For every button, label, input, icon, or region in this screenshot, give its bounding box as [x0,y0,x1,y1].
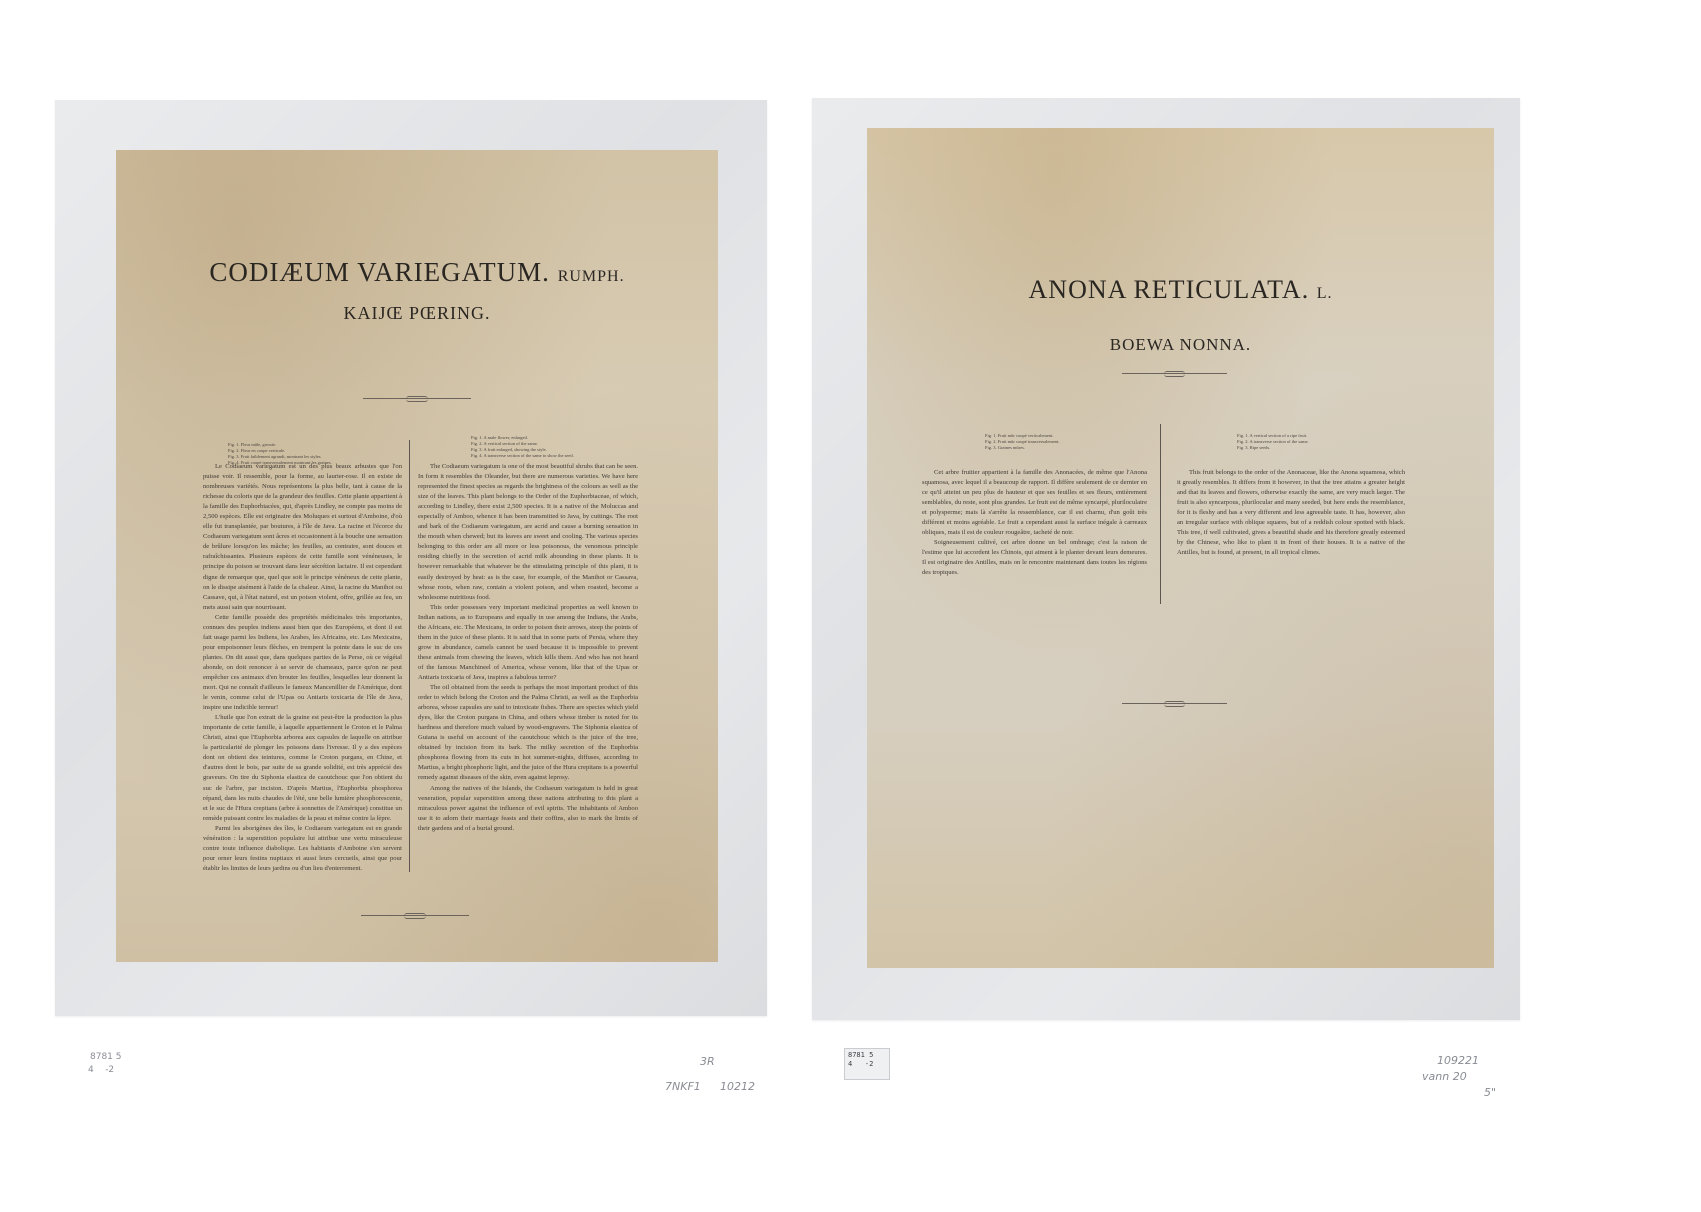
left-print-sheet: CODIÆUM VARIEGATUM. RUMPH. KAIJŒ PŒRING.… [116,150,718,962]
right-pencil-note-3: 5" [1484,1086,1496,1099]
left-pencil-note-1: 3R [700,1055,715,1068]
right-pencil-note-2: vann 20 [1422,1070,1467,1083]
right-print-title-line: ANONA RETICULATA. L. [867,275,1494,305]
left-pencil-note-2: 7NKF1 [665,1080,701,1093]
left-bottom-ornament [361,915,469,916]
right-print-title: ANONA RETICULATA. [1029,275,1310,304]
left-inventory-label-line2: 4 -2 [88,1065,114,1075]
left-text-french-column: Le Codiaeum variegatum est un des plus b… [203,462,402,887]
right-column-divider [1160,424,1161,604]
right-figure-captions-english: Fig. 1. A vertical section of a ripe fru… [1237,433,1309,451]
right-text-english-column: This fruit belongs to the order of the A… [1177,468,1405,598]
left-figure-captions-english: Fig. 1. A male flower, enlarged. Fig. 2.… [471,435,574,459]
right-bottom-ornament [1122,703,1227,704]
left-print-subtitle: KAIJŒ PŒRING. [116,303,718,324]
right-inventory-label: 8781 5 4 -2 [844,1048,890,1080]
left-pencil-note-3: 10212 [720,1080,755,1093]
left-print-title-line: CODIÆUM VARIEGATUM. RUMPH. [116,257,718,288]
right-title-ornament [1122,373,1227,374]
left-inventory-label-line1: 8781 5 [90,1052,122,1062]
left-print-title: CODIÆUM VARIEGATUM. [209,257,550,287]
left-title-ornament [363,398,471,399]
right-mat-board: ANONA RETICULATA. L. BOEWA NONNA. Fig. 1… [812,98,1520,1020]
right-print-author: L. [1317,285,1333,302]
left-print-author: RUMPH. [558,268,625,285]
right-figure-captions-french: Fig. 1. Fruit mûr coupé verticalement. F… [985,433,1060,451]
right-print-subtitle: BOEWA NONNA. [867,335,1494,355]
right-pencil-note-1: 109221 [1437,1054,1479,1067]
right-text-french-column: Cet arbre fruitier appartient à la famil… [922,468,1147,598]
left-mat-board: CODIÆUM VARIEGATUM. RUMPH. KAIJŒ PŒRING.… [55,100,767,1016]
right-print-sheet: ANONA RETICULATA. L. BOEWA NONNA. Fig. 1… [867,128,1494,968]
left-column-divider [409,440,410,872]
left-text-english-column: The Codiaeum variegatum is one of the mo… [418,462,638,887]
